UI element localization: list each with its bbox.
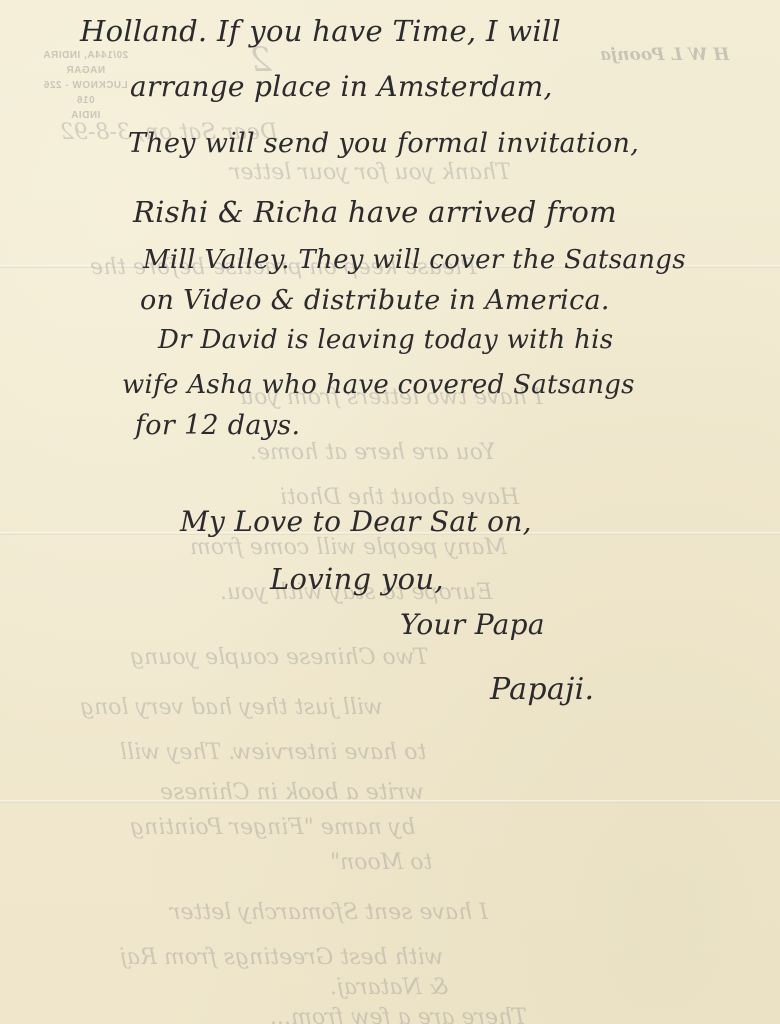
bleed-line: with best Greetings from Raj xyxy=(120,945,443,970)
bleed-line: Many people will come from xyxy=(190,535,507,560)
letter-line: arrange place in Amsterdam, xyxy=(130,70,553,103)
bleed-line: Thank you for your letter xyxy=(230,160,511,185)
letter-line: on Video & distribute in America. xyxy=(140,285,610,316)
bleed-line: There are a few from... xyxy=(270,1005,527,1024)
letter-line: Rishi & Richa have arrived from xyxy=(133,195,617,229)
letter-line: Dr David is leaving today with his xyxy=(158,325,613,355)
letter-page: 20/144A, INDIRA NAGAR LUCKNOW - 226 016 … xyxy=(0,0,780,1024)
bleed-line: I have sent Sfomarchy letter xyxy=(170,900,488,925)
closing-sign-line: Your Papa xyxy=(400,608,545,641)
letter-line: They will send you formal invitation, xyxy=(128,128,639,159)
bleed-line: & Nataraj. xyxy=(330,975,448,1000)
bleed-line: write a book in Chinese xyxy=(160,780,424,805)
bleed-line: You are here at home. xyxy=(250,440,496,465)
letter-line: Mill Valley. They will cover the Satsang… xyxy=(143,245,686,275)
signature: Papaji. xyxy=(490,672,594,707)
letter-line: Holland. If you have Time, I will xyxy=(80,14,561,48)
bleed-line: by name "Finger Pointing xyxy=(130,815,415,840)
letter-line: wife Asha who have covered Satsangs xyxy=(122,370,635,400)
bleed-line: to Moon" xyxy=(330,850,432,875)
closing-valediction: Loving you, xyxy=(270,562,444,596)
bleed-line: to have interview. They will xyxy=(120,740,426,765)
letter-line: for 12 days. xyxy=(135,410,300,441)
letterhead-name-bleed: H W L Poonja xyxy=(600,45,729,65)
letterhead-address-line: 20/144A, INDIRA NAGAR xyxy=(38,48,133,78)
letterhead-address-bleed: 20/144A, INDIRA NAGAR LUCKNOW - 226 016 … xyxy=(38,48,133,123)
bleed-line: will just they had very long xyxy=(80,695,383,720)
letterhead-address-line: LUCKNOW - 226 016 xyxy=(38,78,133,108)
bleed-line: Two Chinese couple young xyxy=(130,645,428,670)
closing-love-line: My Love to Dear Sat on, xyxy=(180,505,532,538)
